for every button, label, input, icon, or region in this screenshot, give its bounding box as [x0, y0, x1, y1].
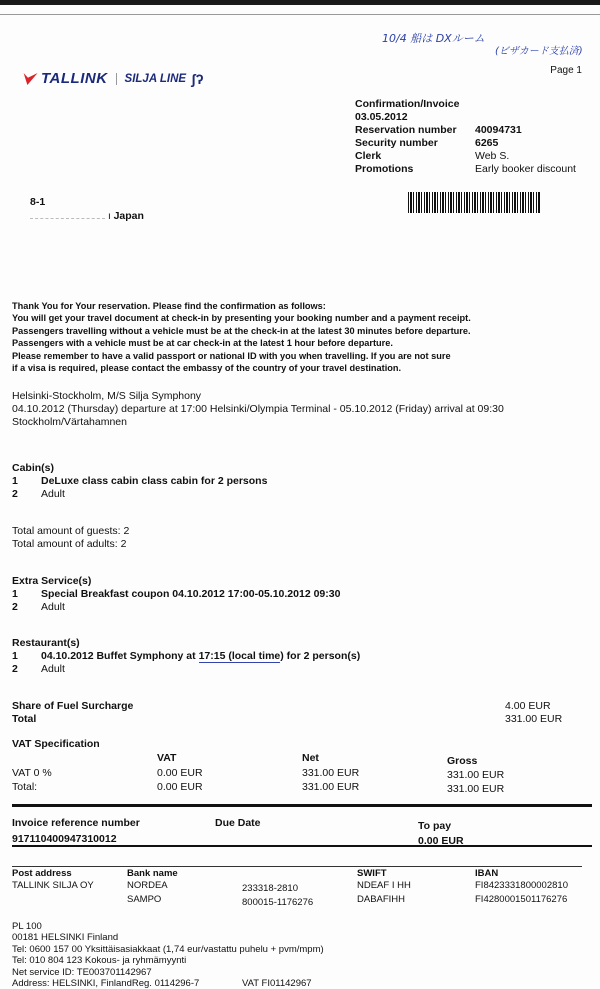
divider [0, 14, 600, 15]
notice-text: Thank You for Your reservation. Please f… [12, 300, 471, 374]
doc-type: Confirmation/Invoice [355, 98, 576, 111]
handwritten-underline: 17:15 (local time [199, 650, 281, 663]
company-logo: TALLINK SILJA LINE ʃʔ [22, 70, 204, 87]
table-row: Total: 0.00 EUR 331.00 EUR 331.00 EUR [12, 781, 572, 795]
vat-specification: VAT Specification VAT Net Gross VAT 0 % … [12, 738, 572, 795]
section-heading: Extra Service(s) [12, 575, 340, 588]
section-heading: Restaurant(s) [12, 637, 360, 650]
table-row: SAMPO 800015-1176276 DABAFIHH FI42800015… [12, 894, 592, 909]
logo-silja: SILJA LINE [125, 73, 187, 85]
list-item: 2Adult [12, 488, 267, 501]
list-item: 1DeLuxe class cabin class cabin for 2 pe… [12, 475, 267, 488]
address-line: 8-1 [30, 195, 144, 209]
handwritten-note: 10/4 船は DXルーム [382, 30, 485, 46]
cabins-section: Cabin(s) 1DeLuxe class cabin class cabin… [12, 462, 267, 501]
redacted-text [30, 218, 105, 219]
guest-totals: Total amount of guests: 2 Total amount o… [12, 525, 129, 551]
company-footer: Post address Bank name SWIFT IBAN TALLIN… [12, 868, 592, 989]
section-heading: Cabin(s) [12, 462, 267, 475]
divider [12, 866, 582, 867]
meta-row: Reservation number40094731 [355, 124, 576, 137]
table-row: VAT 0 % 0.00 EUR 331.00 EUR 331.00 EUR [12, 767, 572, 781]
barcode [408, 192, 540, 213]
meta-row: Security number6265 [355, 137, 576, 150]
list-item: 2Adult [12, 601, 340, 614]
meta-row: PromotionsEarly booker discount [355, 163, 576, 176]
footer-lines: PL 100 00181 HELSINKI Finland Tel: 0600 … [12, 921, 592, 989]
handwritten-note: (ビザカード支払済) [495, 42, 583, 57]
route-info: Helsinki-Stockholm, M/S Silja Symphony 0… [12, 390, 504, 429]
invoice-reference: Invoice reference number Due Date To pay… [12, 817, 592, 847]
page-number: Page 1 [550, 65, 582, 76]
vat-header: VAT Net Gross [12, 752, 572, 767]
scan-edge [0, 0, 600, 5]
list-item: 2Adult [12, 663, 360, 676]
totals: Share of Fuel Surcharge4.00 EUR Total331… [12, 700, 567, 726]
tallink-bird-icon [20, 73, 37, 85]
invoice-meta: Confirmation/Invoice 03.05.2012 Reservat… [355, 98, 576, 176]
table-row: TALLINK SILJA OY NORDEA 233318-2810 NDEA… [12, 880, 592, 895]
seal-icon: ʃʔ [191, 71, 203, 87]
divider [12, 804, 592, 807]
recipient-address: 8-1 ı Japan [30, 195, 144, 224]
logo-separator [116, 73, 117, 85]
list-item: 104.10.2012 Buffet Symphony at 17:15 (lo… [12, 650, 360, 663]
doc-date: 03.05.2012 [355, 111, 576, 124]
section-heading: VAT Specification [12, 738, 572, 750]
meta-row: ClerkWeb S. [355, 150, 576, 163]
extras-section: Extra Service(s) 1Special Breakfast coup… [12, 575, 340, 614]
logo-tallink: TALLINK [41, 70, 108, 87]
address-line: ı Japan [30, 209, 144, 224]
restaurants-section: Restaurant(s) 104.10.2012 Buffet Symphon… [12, 637, 360, 676]
list-item: 1Special Breakfast coupon 04.10.2012 17:… [12, 588, 340, 601]
divider [12, 845, 592, 847]
